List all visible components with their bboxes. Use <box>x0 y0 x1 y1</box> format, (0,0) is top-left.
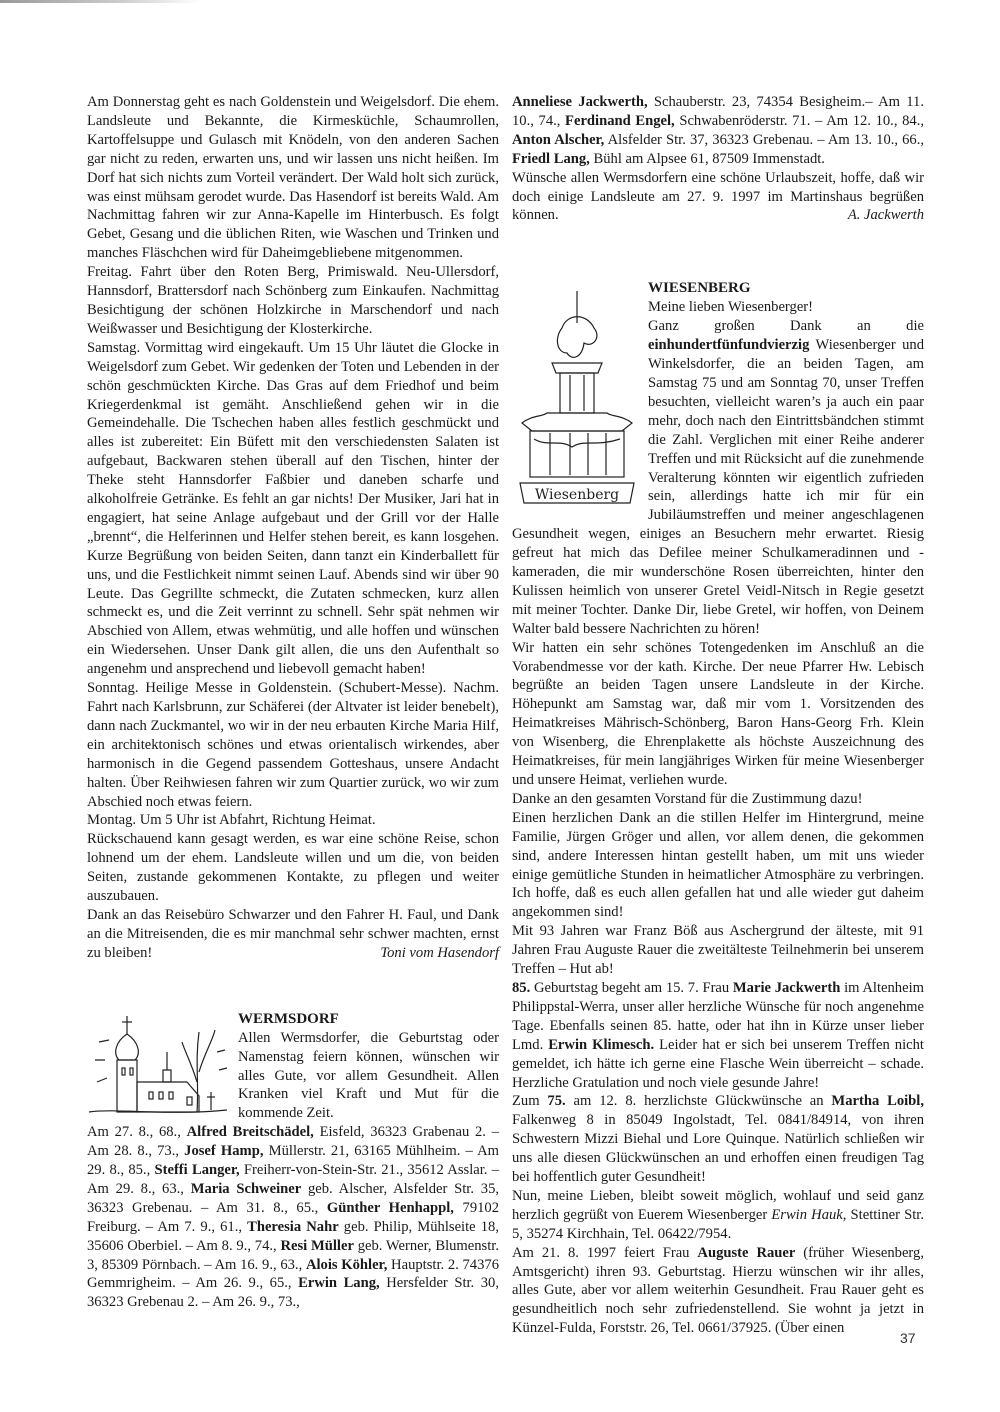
wermsdorf-closing: Wünsche allen Wermsdorfern eine schöne U… <box>512 169 924 226</box>
wermsdorf-birthdays-continued: Anneliese Jackwerth, Schauberstr. 23, 74… <box>512 93 924 169</box>
page-number: 37 <box>900 1330 916 1346</box>
wermsdorf-birthdays: Am 27. 8., 68., Alfred Breitschädel, Eis… <box>87 1123 499 1312</box>
paragraph-samstag: Samstag. Vormittag wird eingekauft. Um 1… <box>87 339 499 679</box>
left-column: Am Donnerstag geht es nach Goldenstein u… <box>87 93 499 1312</box>
wiesenberg-paragraph-2: Wir hatten ein sehr schönes Totengedenke… <box>512 639 924 790</box>
wiesenberg-paragraph-3: Danke an den gesamten Vorstand für die Z… <box>512 790 924 809</box>
spacer <box>87 963 499 1010</box>
birthday-name: Theresia Nahr <box>247 1219 339 1235</box>
wiesenberg-paragraph-6: 85. Geburtstag begeht am 15. 7. Frau Mar… <box>512 979 924 1092</box>
wermsdorf-section: WERMSDORF Allen Wermsdorfer, die Geburts… <box>87 1010 499 1313</box>
paragraph-donnerstag: Am Donnerstag geht es nach Goldenstein u… <box>87 93 499 263</box>
birthday-name: Anton Alscher, <box>512 132 604 148</box>
birthday-name: Maria Schweiner <box>191 1181 302 1197</box>
birthday-name: Steffi Langer, <box>154 1162 239 1178</box>
signature-hauk: Erwin Hauk, <box>771 1207 846 1223</box>
wiesenberg-crest-icon: Wiesenberg <box>512 283 642 508</box>
church-illustration-icon <box>87 1012 232 1118</box>
paragraph-dank: Dank an das Reisebüro Schwarzer und den … <box>87 906 499 963</box>
signature-jackwerth: A. Jackwerth <box>848 206 924 225</box>
right-column: Anneliese Jackwerth, Schauberstr. 23, 74… <box>512 93 924 1338</box>
birthday-name: Günther Henhappl, <box>327 1200 454 1216</box>
birthday-name: Resi Müller <box>280 1238 353 1254</box>
wiesenberg-paragraph-5: Mit 93 Jahren war Franz Böß aus Aschergr… <box>512 922 924 979</box>
wiesenberg-paragraph-7: Zum 75. am 12. 8. herzlichste Glückwünsc… <box>512 1092 924 1187</box>
wiesenberg-section: Wiesenberg WIESENBERG Meine lieben Wiese… <box>512 279 924 1338</box>
paragraph-rueckschau: Rückschauend kann gesagt werden, es war … <box>87 830 499 906</box>
birthday-name: Josef Hamp, <box>184 1143 263 1159</box>
birthday-name: Alfred Breitschädel, <box>187 1124 314 1140</box>
spacer <box>512 225 924 279</box>
wiesenberg-paragraph-4: Einen herzlichen Dank an die stillen Hel… <box>512 809 924 922</box>
crest-caption: Wiesenberg <box>535 487 619 503</box>
wiesenberg-paragraph-9: Am 21. 8. 1997 feiert Frau Auguste Rauer… <box>512 1244 924 1339</box>
scan-edge <box>0 0 200 3</box>
paragraph-freitag: Freitag. Fahrt über den Roten Berg, Prim… <box>87 263 499 339</box>
birthday-name: Erwin Lang, <box>298 1275 380 1291</box>
birthday-name: Anneliese Jackwerth, <box>512 94 648 110</box>
birthday-name: Friedl Lang, <box>512 151 590 167</box>
signature-toni: Toni vom Hasendorf <box>380 944 499 963</box>
wiesenberg-paragraph-8: Nun, meine Lieben, bleibt soweit möglich… <box>512 1187 924 1244</box>
birthday-name: Alois Köhler, <box>306 1257 387 1273</box>
paragraph-sonntag: Sonntag. Heilige Messe in Goldenstein. (… <box>87 679 499 811</box>
birthday-name: Ferdinand Engel, <box>565 113 675 129</box>
paragraph-montag: Montag. Um 5 Uhr ist Abfahrt, Richtung H… <box>87 811 499 830</box>
